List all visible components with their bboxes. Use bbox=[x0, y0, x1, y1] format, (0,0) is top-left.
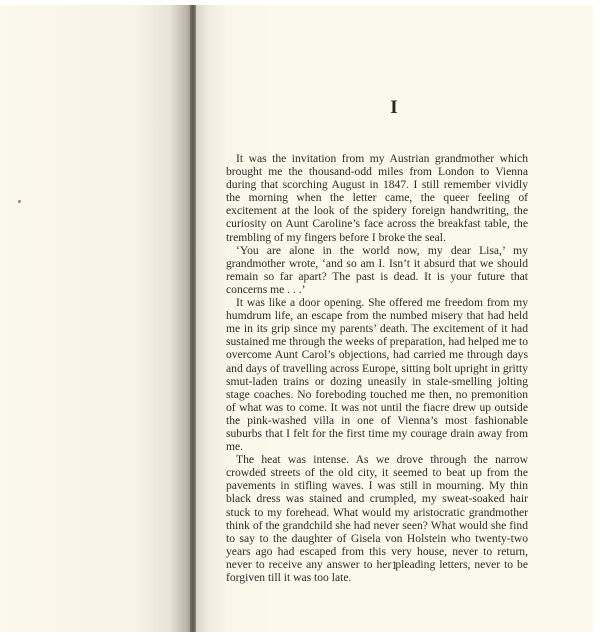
right-page: I It was the invitation from my Austrian… bbox=[196, 5, 593, 632]
paragraph: It was the invitation from my Austrian g… bbox=[226, 152, 528, 244]
body-text: It was the invitation from my Austrian g… bbox=[226, 152, 528, 584]
paragraph: ‘You are alone in the world now, my dear… bbox=[226, 244, 528, 296]
book-spread: I It was the invitation from my Austrian… bbox=[0, 5, 593, 632]
chapter-heading: I bbox=[196, 97, 593, 119]
paper-speck bbox=[18, 200, 21, 203]
page-number: 1 bbox=[196, 558, 593, 573]
left-page bbox=[0, 5, 193, 632]
paragraph: It was like a door opening. She offered … bbox=[226, 296, 528, 453]
